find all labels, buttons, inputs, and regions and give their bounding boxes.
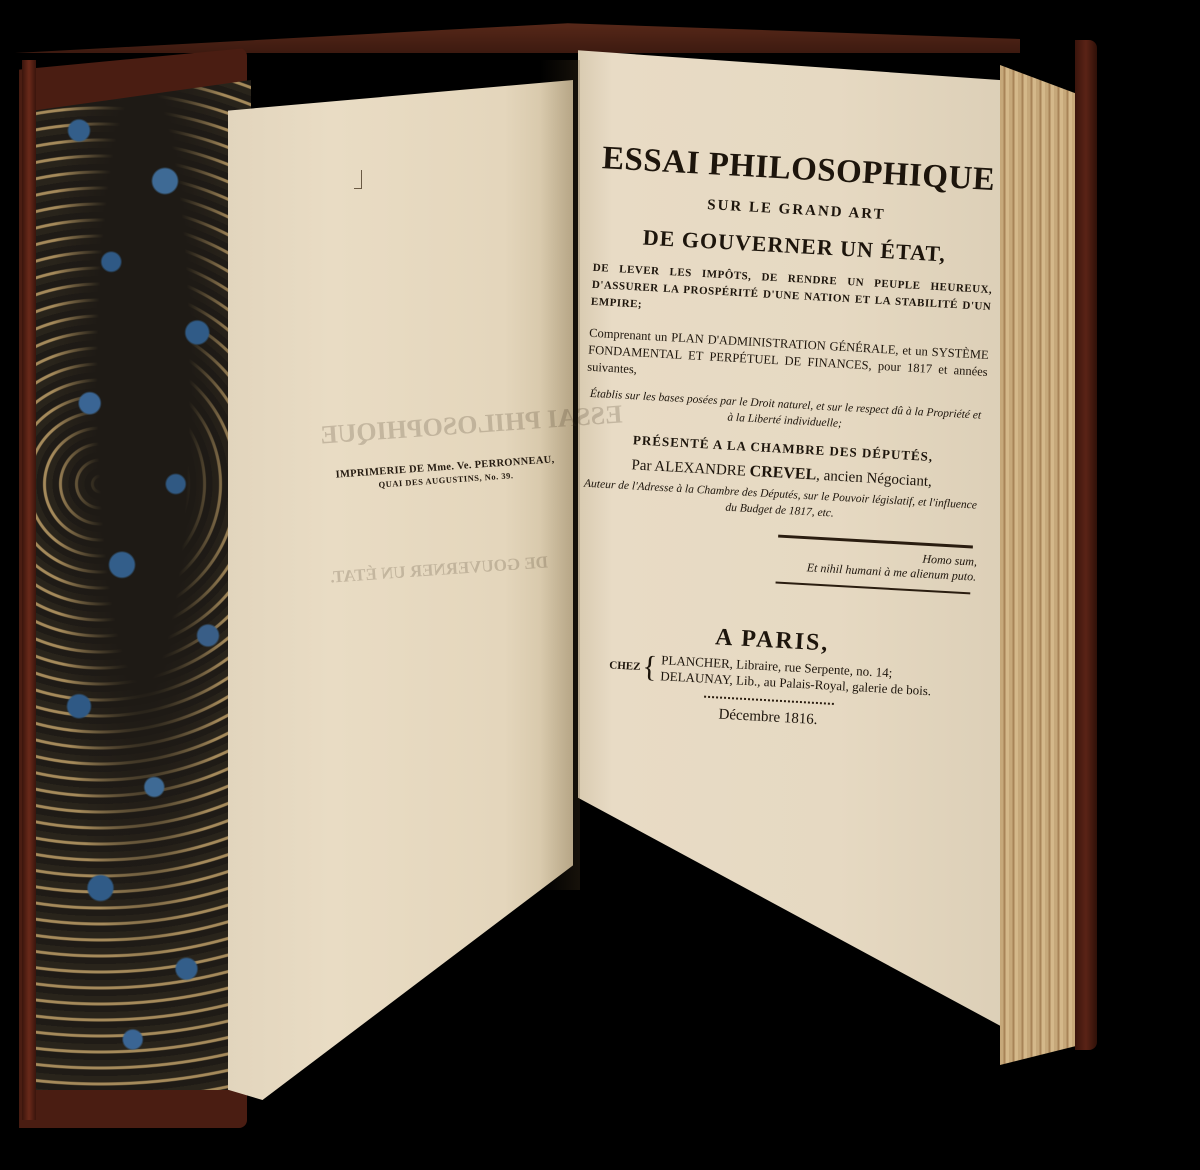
comprenant-paragraph: Comprenant un PLAN D'ADMINISTRATION GÉNÉ… bbox=[587, 325, 989, 398]
flyleaf-page bbox=[228, 80, 573, 1100]
book-headcap bbox=[15, 18, 1020, 53]
cover-turn-in bbox=[22, 60, 36, 1120]
title-page-text: ESSAI PHILOSOPHIQUE SUR LE GRAND ART DE … bbox=[568, 140, 1000, 737]
author-name: CREVEL bbox=[749, 463, 817, 484]
marbled-endpaper bbox=[36, 80, 251, 1090]
right-cover-board bbox=[1075, 40, 1097, 1050]
motto: Homo sum, Et nihil humani à me alienum p… bbox=[766, 542, 977, 584]
brace-glyph: { bbox=[642, 652, 658, 683]
author-suffix: , ancien Négociant, bbox=[816, 468, 932, 490]
signature-mark: ⌐ bbox=[354, 170, 362, 189]
ornament-rule bbox=[704, 693, 834, 705]
subtitle-3: DE LEVER LES IMPÔTS, DE RENDRE UN PEUPLE… bbox=[590, 260, 992, 333]
motto-rule-bottom bbox=[776, 581, 971, 594]
chez-label: CHEZ bbox=[609, 659, 641, 673]
author-prefix: Par ALEXANDRE bbox=[631, 457, 746, 479]
book-photo: ⌐ ESSAI PHILOSOPHIQUE DE GOUVERNER UN ÉT… bbox=[0, 0, 1200, 1170]
text-block-edges bbox=[1000, 65, 1080, 1065]
